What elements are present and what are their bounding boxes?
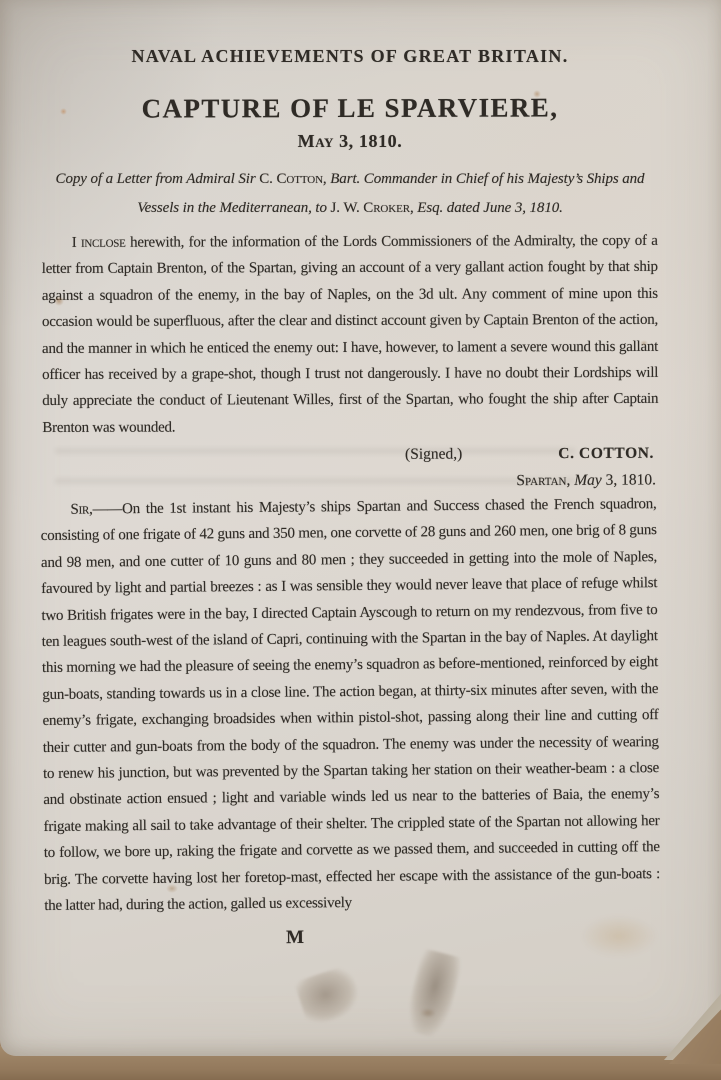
stain bbox=[294, 964, 364, 1028]
paragraph-captain-letter: Sir,——On the 1st instant his Majesty’s s… bbox=[40, 491, 660, 919]
signed-name: C. COTTON. bbox=[558, 441, 654, 467]
page-title: CAPTURE OF LE SPARVIERE, bbox=[42, 92, 658, 125]
series-header: NAVAL ACHIEVEMENTS OF GREAT BRITAIN. bbox=[42, 0, 658, 67]
page-content: NAVAL ACHIEVEMENTS OF GREAT BRITAIN. CAP… bbox=[42, 0, 658, 949]
signature-mark: M bbox=[0, 924, 603, 951]
paragraph-admiral-letter: I inclose herewith, for the information … bbox=[42, 228, 659, 441]
book-page: NAVAL ACHIEVEMENTS OF GREAT BRITAIN. CAP… bbox=[0, 0, 721, 1056]
date-heading: May 3, 1810. bbox=[42, 131, 658, 152]
stain-speck bbox=[420, 1008, 436, 1018]
signed-label: (Signed,) bbox=[405, 442, 462, 468]
signature-row: (Signed,) C. COTTON. bbox=[42, 441, 658, 470]
photo-of-book-page: NAVAL ACHIEVEMENTS OF GREAT BRITAIN. CAP… bbox=[0, 0, 721, 1080]
letter-citation: Copy of a Letter from Admiral Sir C. Cot… bbox=[42, 165, 658, 223]
stain bbox=[402, 948, 463, 1040]
